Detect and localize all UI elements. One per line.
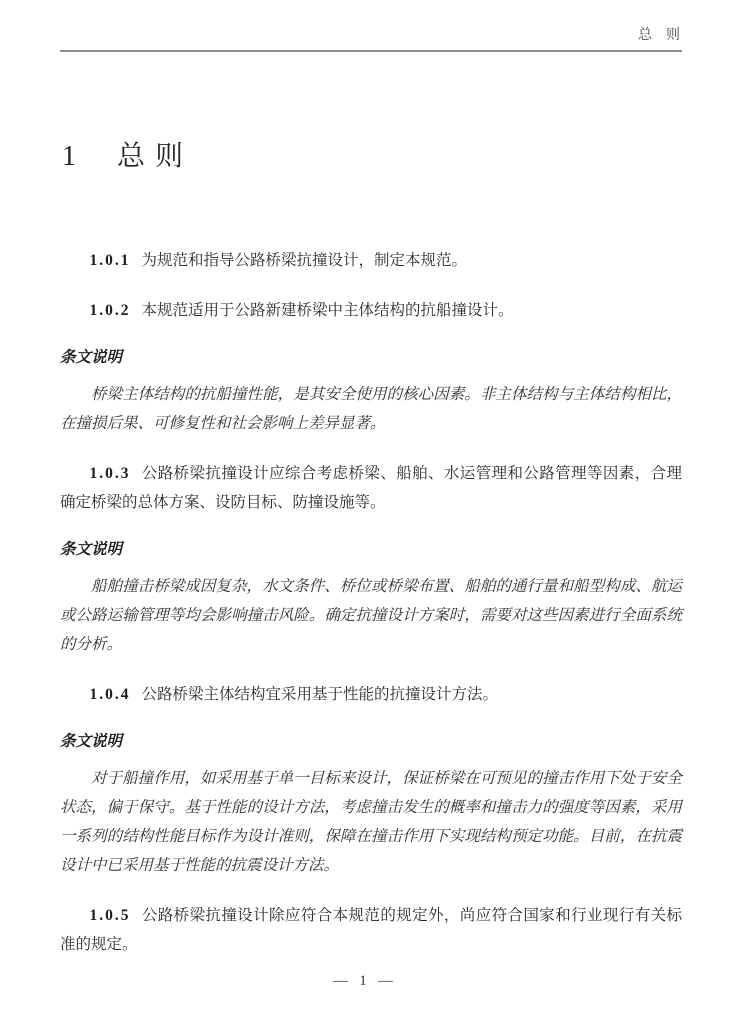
- commentary-label: 条文说明: [60, 727, 682, 756]
- chapter-title: 总则: [117, 136, 193, 178]
- clause-text: 公路桥梁主体结构宜采用基于性能的抗撞设计方法。: [141, 686, 498, 703]
- clause-text: 公路桥梁抗撞设计应综合考虑桥梁、船舶、水运管理和公路管理等因素，合理确定桥梁的总…: [60, 465, 682, 511]
- clause-number: 1.0.4: [89, 686, 130, 703]
- clause-number: 1.0.2: [89, 302, 130, 319]
- clause-1-0-2: 1.0.2本规范适用于公路新建桥梁中主体结构的抗船撞设计。: [60, 296, 682, 325]
- clause-text: 本规范适用于公路新建桥梁中主体结构的抗船撞设计。: [141, 302, 513, 319]
- clause-number: 1.0.3: [89, 465, 130, 482]
- header-rule: [60, 50, 682, 52]
- clause-1-0-3: 1.0.3公路桥梁抗撞设计应综合考虑桥梁、船舶、水运管理和公路管理等因素，合理确…: [60, 459, 682, 517]
- document-body: 1.0.1为规范和指导公路桥梁抗撞设计，制定本规范。 1.0.2本规范适用于公路…: [60, 246, 682, 959]
- chapter-number: 1: [62, 136, 76, 178]
- clause-1-0-4: 1.0.4公路桥梁主体结构宜采用基于性能的抗撞设计方法。: [60, 680, 682, 709]
- commentary-label: 条文说明: [60, 343, 682, 372]
- clause-text: 为规范和指导公路桥梁抗撞设计，制定本规范。: [141, 252, 467, 269]
- commentary-paragraph: 船舶撞击桥梁成因复杂，水文条件、桥位或桥梁布置、船舶的通行量和船型构成、航运或公…: [60, 572, 682, 659]
- document-page: 总 则 1 总则 1.0.1为规范和指导公路桥梁抗撞设计，制定本规范。 1.0.…: [0, 0, 730, 1018]
- page-number: — 1 —: [0, 973, 730, 990]
- chapter-heading: 1 总则: [62, 136, 682, 178]
- clause-1-0-1: 1.0.1为规范和指导公路桥梁抗撞设计，制定本规范。: [60, 246, 682, 275]
- running-header: 总 则: [60, 26, 682, 46]
- clause-number: 1.0.5: [89, 907, 130, 924]
- clause-number: 1.0.1: [89, 252, 130, 269]
- commentary-paragraph: 桥梁主体结构的抗船撞性能，是其安全使用的核心因素。非主体结构与主体结构相比，在撞…: [60, 380, 682, 438]
- commentary-paragraph: 对于船撞作用，如采用基于单一目标来设计，保证桥梁在可预见的撞击作用下处于安全状态…: [60, 764, 682, 880]
- clause-text: 公路桥梁抗撞设计除应符合本规范的规定外，尚应符合国家和行业现行有关标准的规定。: [60, 907, 682, 953]
- running-header-title: 总 则: [638, 28, 680, 43]
- clause-1-0-5: 1.0.5公路桥梁抗撞设计除应符合本规范的规定外，尚应符合国家和行业现行有关标准…: [60, 901, 682, 959]
- commentary-label: 条文说明: [60, 535, 682, 564]
